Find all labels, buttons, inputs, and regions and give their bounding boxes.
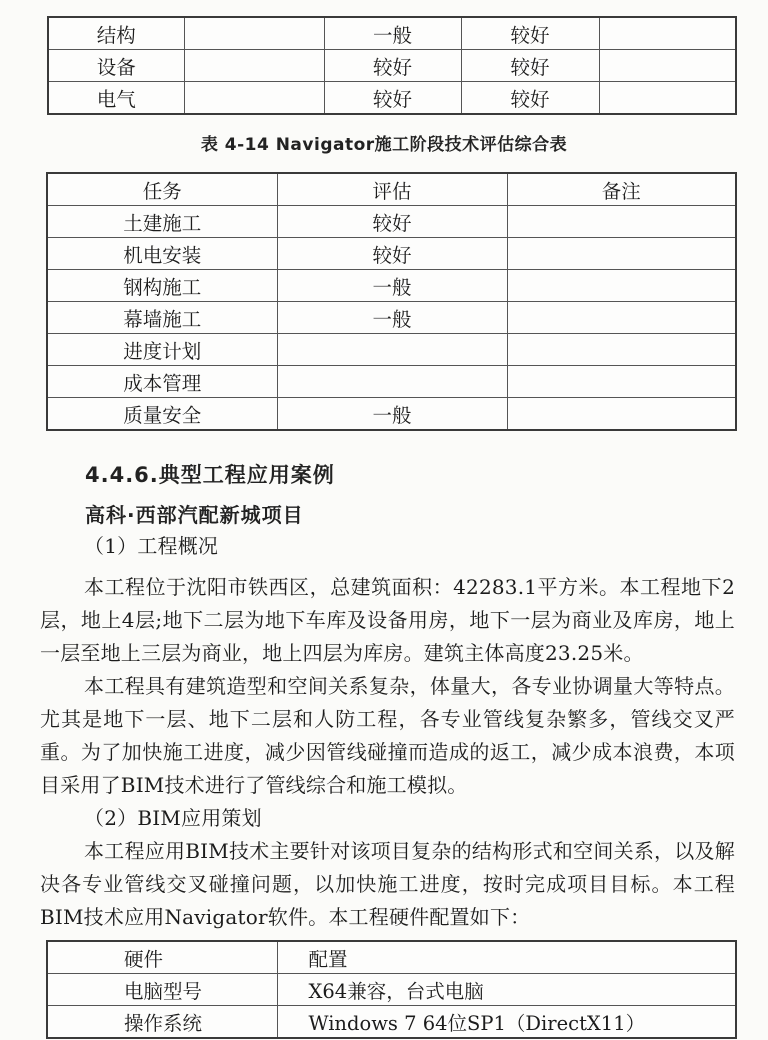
cell-remarks (507, 366, 736, 398)
table-row: 钢构施工 一般 (47, 270, 736, 302)
cell-evaluation: 较好 (277, 238, 507, 270)
cell-rating: 较好 (324, 50, 461, 82)
task-eval-table: 任务 评估 备注 土建施工 较好 机电安装 较好 钢构施工 一般 幕墙施工 一般… (46, 172, 737, 431)
cell-task: 质量安全 (47, 398, 277, 431)
cell-config: X64兼容，台式电脑 (277, 974, 736, 1006)
cell-discipline: 电气 (48, 82, 184, 115)
section-heading: 4.4.6.典型工程应用案例 (85, 459, 335, 489)
cell-evaluation (277, 334, 507, 366)
cell-remarks (507, 334, 736, 366)
cell-remarks (507, 270, 736, 302)
cell-hardware: 操作系统 (47, 1006, 277, 1039)
cell-empty (184, 82, 324, 115)
column-header-config: 配置 (277, 941, 736, 974)
cell-remarks (507, 238, 736, 270)
cell-evaluation (277, 366, 507, 398)
cell-empty (599, 17, 736, 50)
cell-discipline: 设备 (48, 50, 184, 82)
table-row: 电气 较好 较好 (48, 82, 736, 115)
column-header-evaluation: 评估 (277, 173, 507, 206)
paragraph-overview-1: 本工程位于沈阳市铁西区，总建筑面积：42283.1平方米。本工程地下2层，地上4… (40, 571, 735, 670)
table-row: 土建施工 较好 (47, 206, 736, 238)
cell-empty (599, 82, 736, 115)
paragraph-bim-plan: 本工程应用BIM技术主要针对该项目复杂的结构形式和空间关系，以及解决各专业管线交… (40, 835, 735, 934)
table-header-row: 任务 评估 备注 (47, 173, 736, 206)
cell-evaluation: 一般 (277, 302, 507, 334)
column-header-remarks: 备注 (507, 173, 736, 206)
table-row: 成本管理 (47, 366, 736, 398)
cell-rating: 一般 (324, 17, 461, 50)
cell-task: 进度计划 (47, 334, 277, 366)
table-header-row: 硬件 配置 (47, 941, 736, 974)
document-page: { "colors": { "page_bg": "#fbfbf9", "tex… (0, 0, 768, 1040)
table-row: 进度计划 (47, 334, 736, 366)
cell-task: 成本管理 (47, 366, 277, 398)
cell-rating: 较好 (461, 82, 599, 115)
table-caption: 表 4-14 Navigator施工阶段技术评估综合表 (0, 130, 768, 155)
paragraph-overview-2: 本工程具有建筑造型和空间关系复杂，体量大，各专业协调量大等特点。尤其是地下一层、… (40, 670, 735, 802)
cell-remarks (507, 206, 736, 238)
project-name-subheading: 高科·西部汽配新城项目 (85, 499, 304, 528)
table-row: 幕墙施工 一般 (47, 302, 736, 334)
cell-remarks (507, 302, 736, 334)
cell-task: 幕墙施工 (47, 302, 277, 334)
table-row: 设备 较好 较好 (48, 50, 736, 82)
cell-rating: 较好 (461, 17, 599, 50)
cell-evaluation: 一般 (277, 398, 507, 431)
cell-empty (184, 50, 324, 82)
cell-hardware: 电脑型号 (47, 974, 277, 1006)
hardware-config-table: 硬件 配置 电脑型号 X64兼容，台式电脑 操作系统 Windows 7 64位… (46, 940, 737, 1039)
cell-task: 机电安装 (47, 238, 277, 270)
cell-empty (599, 50, 736, 82)
paragraph-title-overview: （1）工程概况 (40, 530, 735, 563)
cell-task: 钢构施工 (47, 270, 277, 302)
cell-evaluation: 一般 (277, 270, 507, 302)
table-row: 操作系统 Windows 7 64位SP1（DirectX11） (47, 1006, 736, 1039)
cell-discipline: 结构 (48, 17, 184, 50)
cell-task: 土建施工 (47, 206, 277, 238)
cell-rating: 较好 (461, 50, 599, 82)
body-text: （1）工程概况 本工程位于沈阳市铁西区，总建筑面积：42283.1平方米。本工程… (40, 530, 735, 934)
cell-evaluation: 较好 (277, 206, 507, 238)
cell-empty (184, 17, 324, 50)
column-header-hardware: 硬件 (47, 941, 277, 974)
cell-config: Windows 7 64位SP1（DirectX11） (277, 1006, 736, 1039)
discipline-eval-table: 结构 一般 较好 设备 较好 较好 电气 较好 较好 (47, 16, 737, 115)
table-row: 机电安装 较好 (47, 238, 736, 270)
paragraph-title-bim-plan: （2）BIM应用策划 (40, 802, 735, 835)
table-row: 质量安全 一般 (47, 398, 736, 431)
cell-rating: 较好 (324, 82, 461, 115)
table-row: 电脑型号 X64兼容，台式电脑 (47, 974, 736, 1006)
table-row: 结构 一般 较好 (48, 17, 736, 50)
cell-remarks (507, 398, 736, 431)
column-header-task: 任务 (47, 173, 277, 206)
